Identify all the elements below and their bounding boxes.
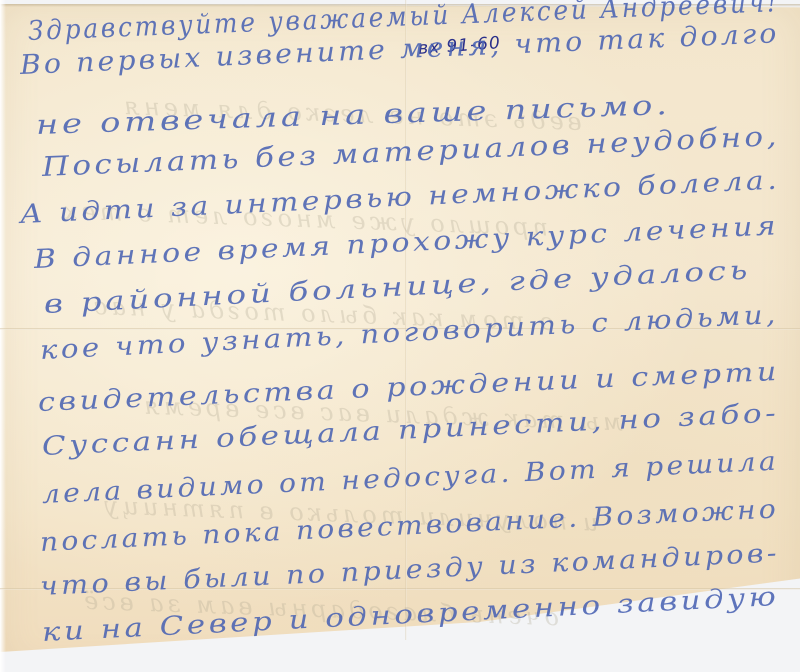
paper-left-edge xyxy=(0,0,6,672)
scanned-letter: ведь это не легко для меня прошло уже мн… xyxy=(0,0,800,672)
